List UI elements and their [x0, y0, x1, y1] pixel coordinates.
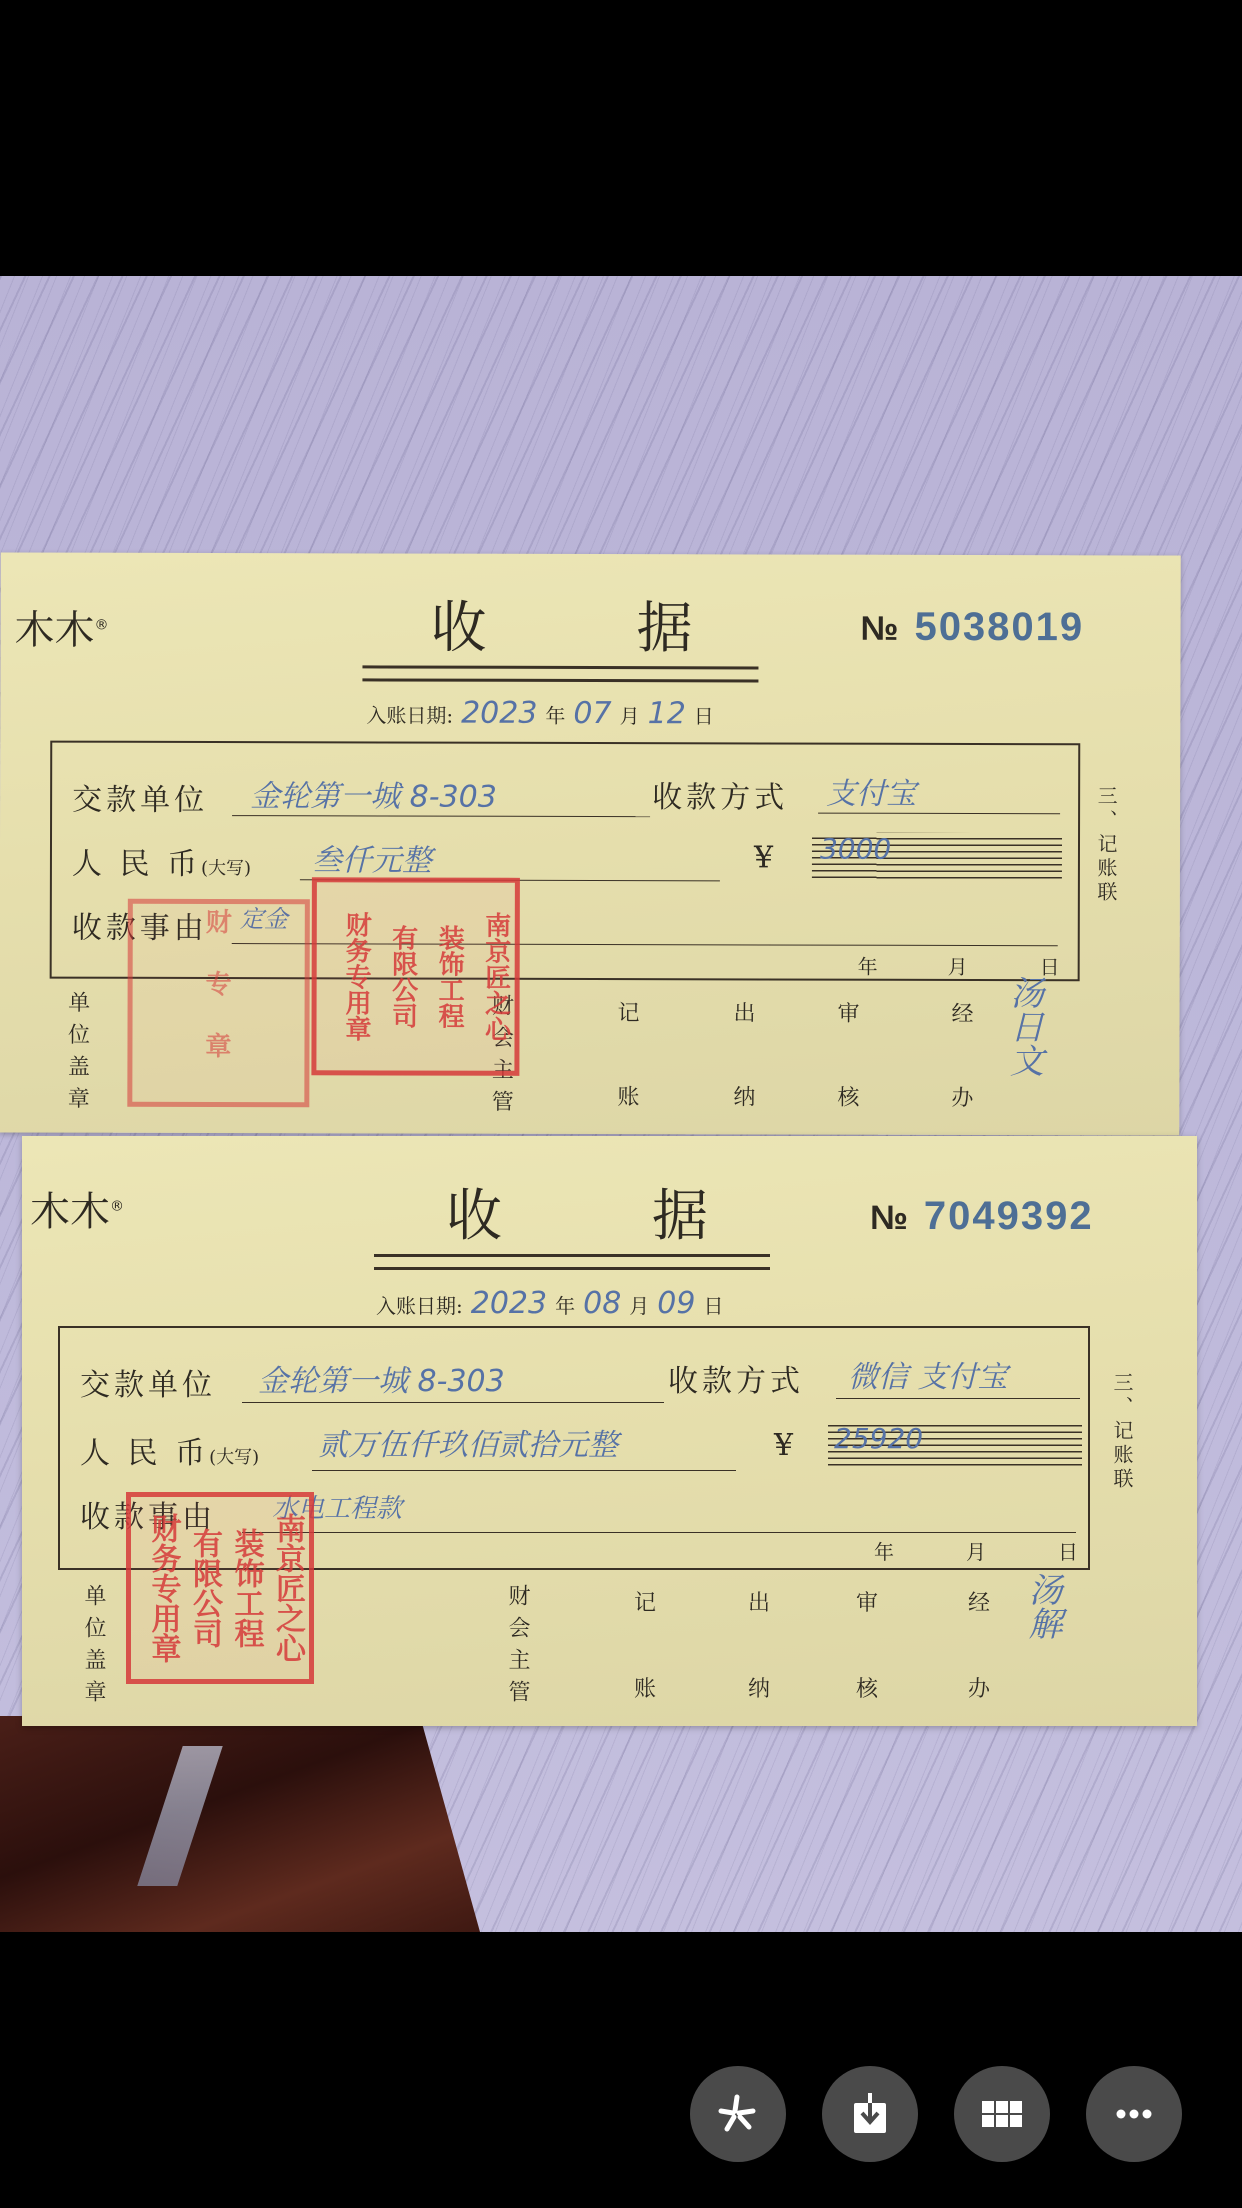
ymd-year: 年	[858, 951, 878, 980]
sparkle-icon	[713, 2089, 763, 2139]
tree-logo-icon: 木木®	[30, 1180, 124, 1237]
finance-stamp: 财专章	[127, 899, 310, 1107]
ymd-month: 月	[966, 1536, 986, 1565]
download-icon	[845, 2089, 895, 2139]
tree-logo-icon: 木木®	[14, 598, 108, 655]
receipt-title: 收据	[430, 584, 842, 665]
role-top-3: 审	[838, 997, 860, 1028]
more-button[interactable]	[1086, 2066, 1182, 2162]
rmb-underline	[312, 1470, 736, 1471]
yen-symbol: ¥	[754, 840, 773, 875]
company-stamp: 南京匠之心装饰工程有限公司财务专用章	[311, 877, 520, 1076]
role-bottom-4: 办	[968, 1672, 990, 1703]
rmb-caps-value: 贰万伍仟玖佰贰拾元整	[318, 1420, 618, 1464]
serial-number: №7049392	[870, 1194, 1094, 1239]
rmb-caps-value: 叁仟元整	[312, 835, 432, 879]
chair-background	[0, 1716, 520, 1932]
ymd-month: 月	[948, 951, 968, 980]
role-bottom-1: 账	[617, 1080, 639, 1111]
payer-label: 交款单位	[72, 775, 208, 819]
role-top-2: 出	[734, 996, 756, 1027]
role-bottom-4: 办	[951, 1081, 973, 1112]
serial-number: №5038019	[861, 605, 1085, 651]
receipt-2: 木木® 收据 №7049392 入账日期:2023年08月09日 交款单位 金轮…	[22, 1136, 1197, 1726]
role-bottom-3: 核	[856, 1672, 878, 1703]
receipt-1: 木木® 收据 №5038019 入账日期:2023年07月12日 交款单位 金轮…	[0, 552, 1181, 1135]
payer-value: 金轮第一城 8-303	[250, 771, 497, 816]
effects-button[interactable]	[690, 2066, 786, 2162]
role-top-1: 记	[618, 996, 640, 1027]
copy-note: 三、记账联	[1092, 785, 1121, 905]
reason-underline	[242, 1532, 1076, 1533]
role-bottom-2: 纳	[748, 1672, 770, 1703]
grid-button[interactable]	[954, 2066, 1050, 2162]
rmb-label: 人 民 币(大写)	[80, 1428, 259, 1472]
payer-label: 交款单位	[80, 1360, 216, 1404]
supervisor-label: 财会主管	[502, 1584, 533, 1712]
handler-signature: 汤日文	[999, 975, 1048, 1077]
amount-value: 3000	[820, 833, 891, 866]
role-top-4: 经	[952, 997, 974, 1028]
role-bottom-2: 纳	[733, 1080, 755, 1111]
photo-canvas[interactable]: 木木® 收据 №5038019 入账日期:2023年07月12日 交款单位 金轮…	[0, 276, 1242, 1932]
ymd-year: 年	[874, 1536, 894, 1565]
download-button[interactable]	[822, 2066, 918, 2162]
ymd-day: 日	[1058, 1536, 1078, 1565]
unit-stamp-label: 单位盖章	[78, 1584, 109, 1712]
method-value: 支付宝	[826, 769, 916, 813]
unit-stamp-label: 单位盖章	[61, 991, 92, 1119]
yen-symbol: ¥	[774, 1428, 793, 1463]
role-top-2: 出	[748, 1586, 770, 1617]
title-rule	[362, 665, 758, 682]
copy-note: 三、记账联	[1108, 1372, 1137, 1492]
rmb-label: 人 民 币(大写)	[72, 839, 251, 883]
method-label: 收款方式	[652, 772, 788, 816]
role-top-4: 经	[968, 1586, 990, 1617]
entry-date: 入账日期:2023年08月09日	[376, 1286, 723, 1321]
method-label: 收款方式	[668, 1356, 804, 1400]
entry-date: 入账日期:2023年07月12日	[366, 695, 714, 731]
title-rule	[374, 1254, 770, 1270]
amount-value: 25920	[834, 1422, 923, 1455]
role-top-1: 记	[634, 1586, 656, 1617]
payer-value: 金轮第一城 8-303	[258, 1356, 505, 1400]
role-top-3: 审	[856, 1586, 878, 1617]
grid-icon	[977, 2089, 1027, 2139]
payer-underline	[242, 1402, 664, 1403]
company-stamp: 南京匠之心装饰工程有限公司财务专用章	[126, 1492, 314, 1684]
handler-signature: 汤解	[1018, 1572, 1067, 1640]
viewer-toolbar	[690, 2066, 1182, 2162]
role-bottom-1: 账	[634, 1672, 656, 1703]
more-icon	[1109, 2089, 1159, 2139]
receipt-title: 收据	[446, 1172, 858, 1252]
role-bottom-3: 核	[837, 1081, 859, 1112]
method-value: 微信 支付宝	[848, 1352, 1008, 1396]
method-underline	[836, 1398, 1080, 1399]
